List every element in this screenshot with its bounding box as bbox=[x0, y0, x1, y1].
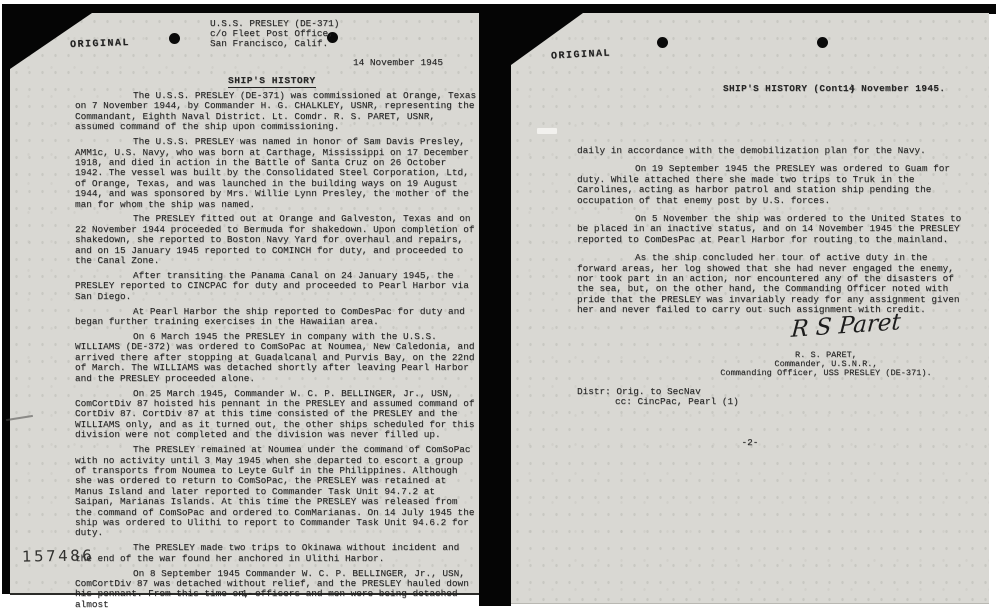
document-title: SHIP'S HISTORY bbox=[228, 75, 316, 88]
page-2-body: daily in accordance with the demobilizat… bbox=[577, 146, 971, 320]
hole-punch bbox=[657, 37, 668, 48]
paragraph: The U.S.S. PRESLEY was named in honor of… bbox=[75, 137, 479, 210]
page-2: ORIGINAL SHIP'S HISTORY (Cont.) 14 Novem… bbox=[511, 13, 989, 604]
page-1-body: The U.S.S. PRESLEY (DE-371) was commissi… bbox=[75, 91, 479, 615]
continuation-title: SHIP'S HISTORY (Cont.) bbox=[723, 83, 856, 94]
scanned-document-viewer: { "colors": { "backdrop": "#050505", "pa… bbox=[0, 0, 1000, 615]
distribution-line: cc: CincPac, Pearl (1) bbox=[577, 397, 739, 407]
document-date: 14 November 1945 bbox=[353, 57, 443, 68]
paragraph: The PRESLEY fitted out at Orange and Gal… bbox=[75, 214, 479, 266]
paragraph: At Pearl Harbor the ship reported to Com… bbox=[75, 307, 479, 328]
paragraph: On 25 March 1945, Commander W. C. P. BEL… bbox=[75, 389, 479, 441]
page-number: -1- bbox=[10, 588, 479, 599]
page-number: -2- bbox=[511, 437, 989, 448]
signer-title: Commanding Officer, USS PRESLEY (DE-371)… bbox=[681, 369, 971, 378]
letterhead: U.S.S. PRESLEY (DE-371) c/o Fleet Post O… bbox=[210, 19, 339, 50]
correction-mark bbox=[537, 128, 557, 134]
paragraph: On 19 September 1945 the PRESLEY was ord… bbox=[577, 164, 971, 206]
paragraph: As the ship concluded her tour of active… bbox=[577, 253, 971, 315]
handwritten-serial-number: 157486 bbox=[22, 546, 95, 565]
hole-punch bbox=[169, 33, 180, 44]
paragraph: On 6 March 1945 the PRESLEY in company w… bbox=[75, 332, 479, 384]
paragraph: daily in accordance with the demobilizat… bbox=[577, 146, 971, 156]
continuation-date: 14 November 1945. bbox=[843, 83, 945, 94]
original-stamp: ORIGINAL bbox=[551, 48, 612, 62]
paragraph: After transiting the Panama Canal on 24 … bbox=[75, 271, 479, 302]
page-1: ORIGINAL U.S.S. PRESLEY (DE-371) c/o Fle… bbox=[10, 13, 479, 595]
hole-punch bbox=[817, 37, 828, 48]
paragraph: The U.S.S. PRESLEY (DE-371) was commissi… bbox=[75, 91, 479, 133]
backdrop-page-gap bbox=[479, 4, 511, 606]
letterhead-line: San Francisco, Calif. bbox=[210, 39, 339, 49]
paragraph: On 5 November the ship was ordered to th… bbox=[577, 214, 971, 245]
paragraph: The PRESLEY made two trips to Okinawa wi… bbox=[75, 543, 479, 564]
original-stamp: ORIGINAL bbox=[70, 38, 130, 51]
distribution-list: Distr: Orig. to SecNav cc: CincPac, Pear… bbox=[577, 387, 739, 408]
paragraph: The PRESLEY remained at Noumea under the… bbox=[75, 445, 479, 539]
signature-block: R. S. PARET, Commander, U.S.N.R., Comman… bbox=[681, 351, 971, 379]
